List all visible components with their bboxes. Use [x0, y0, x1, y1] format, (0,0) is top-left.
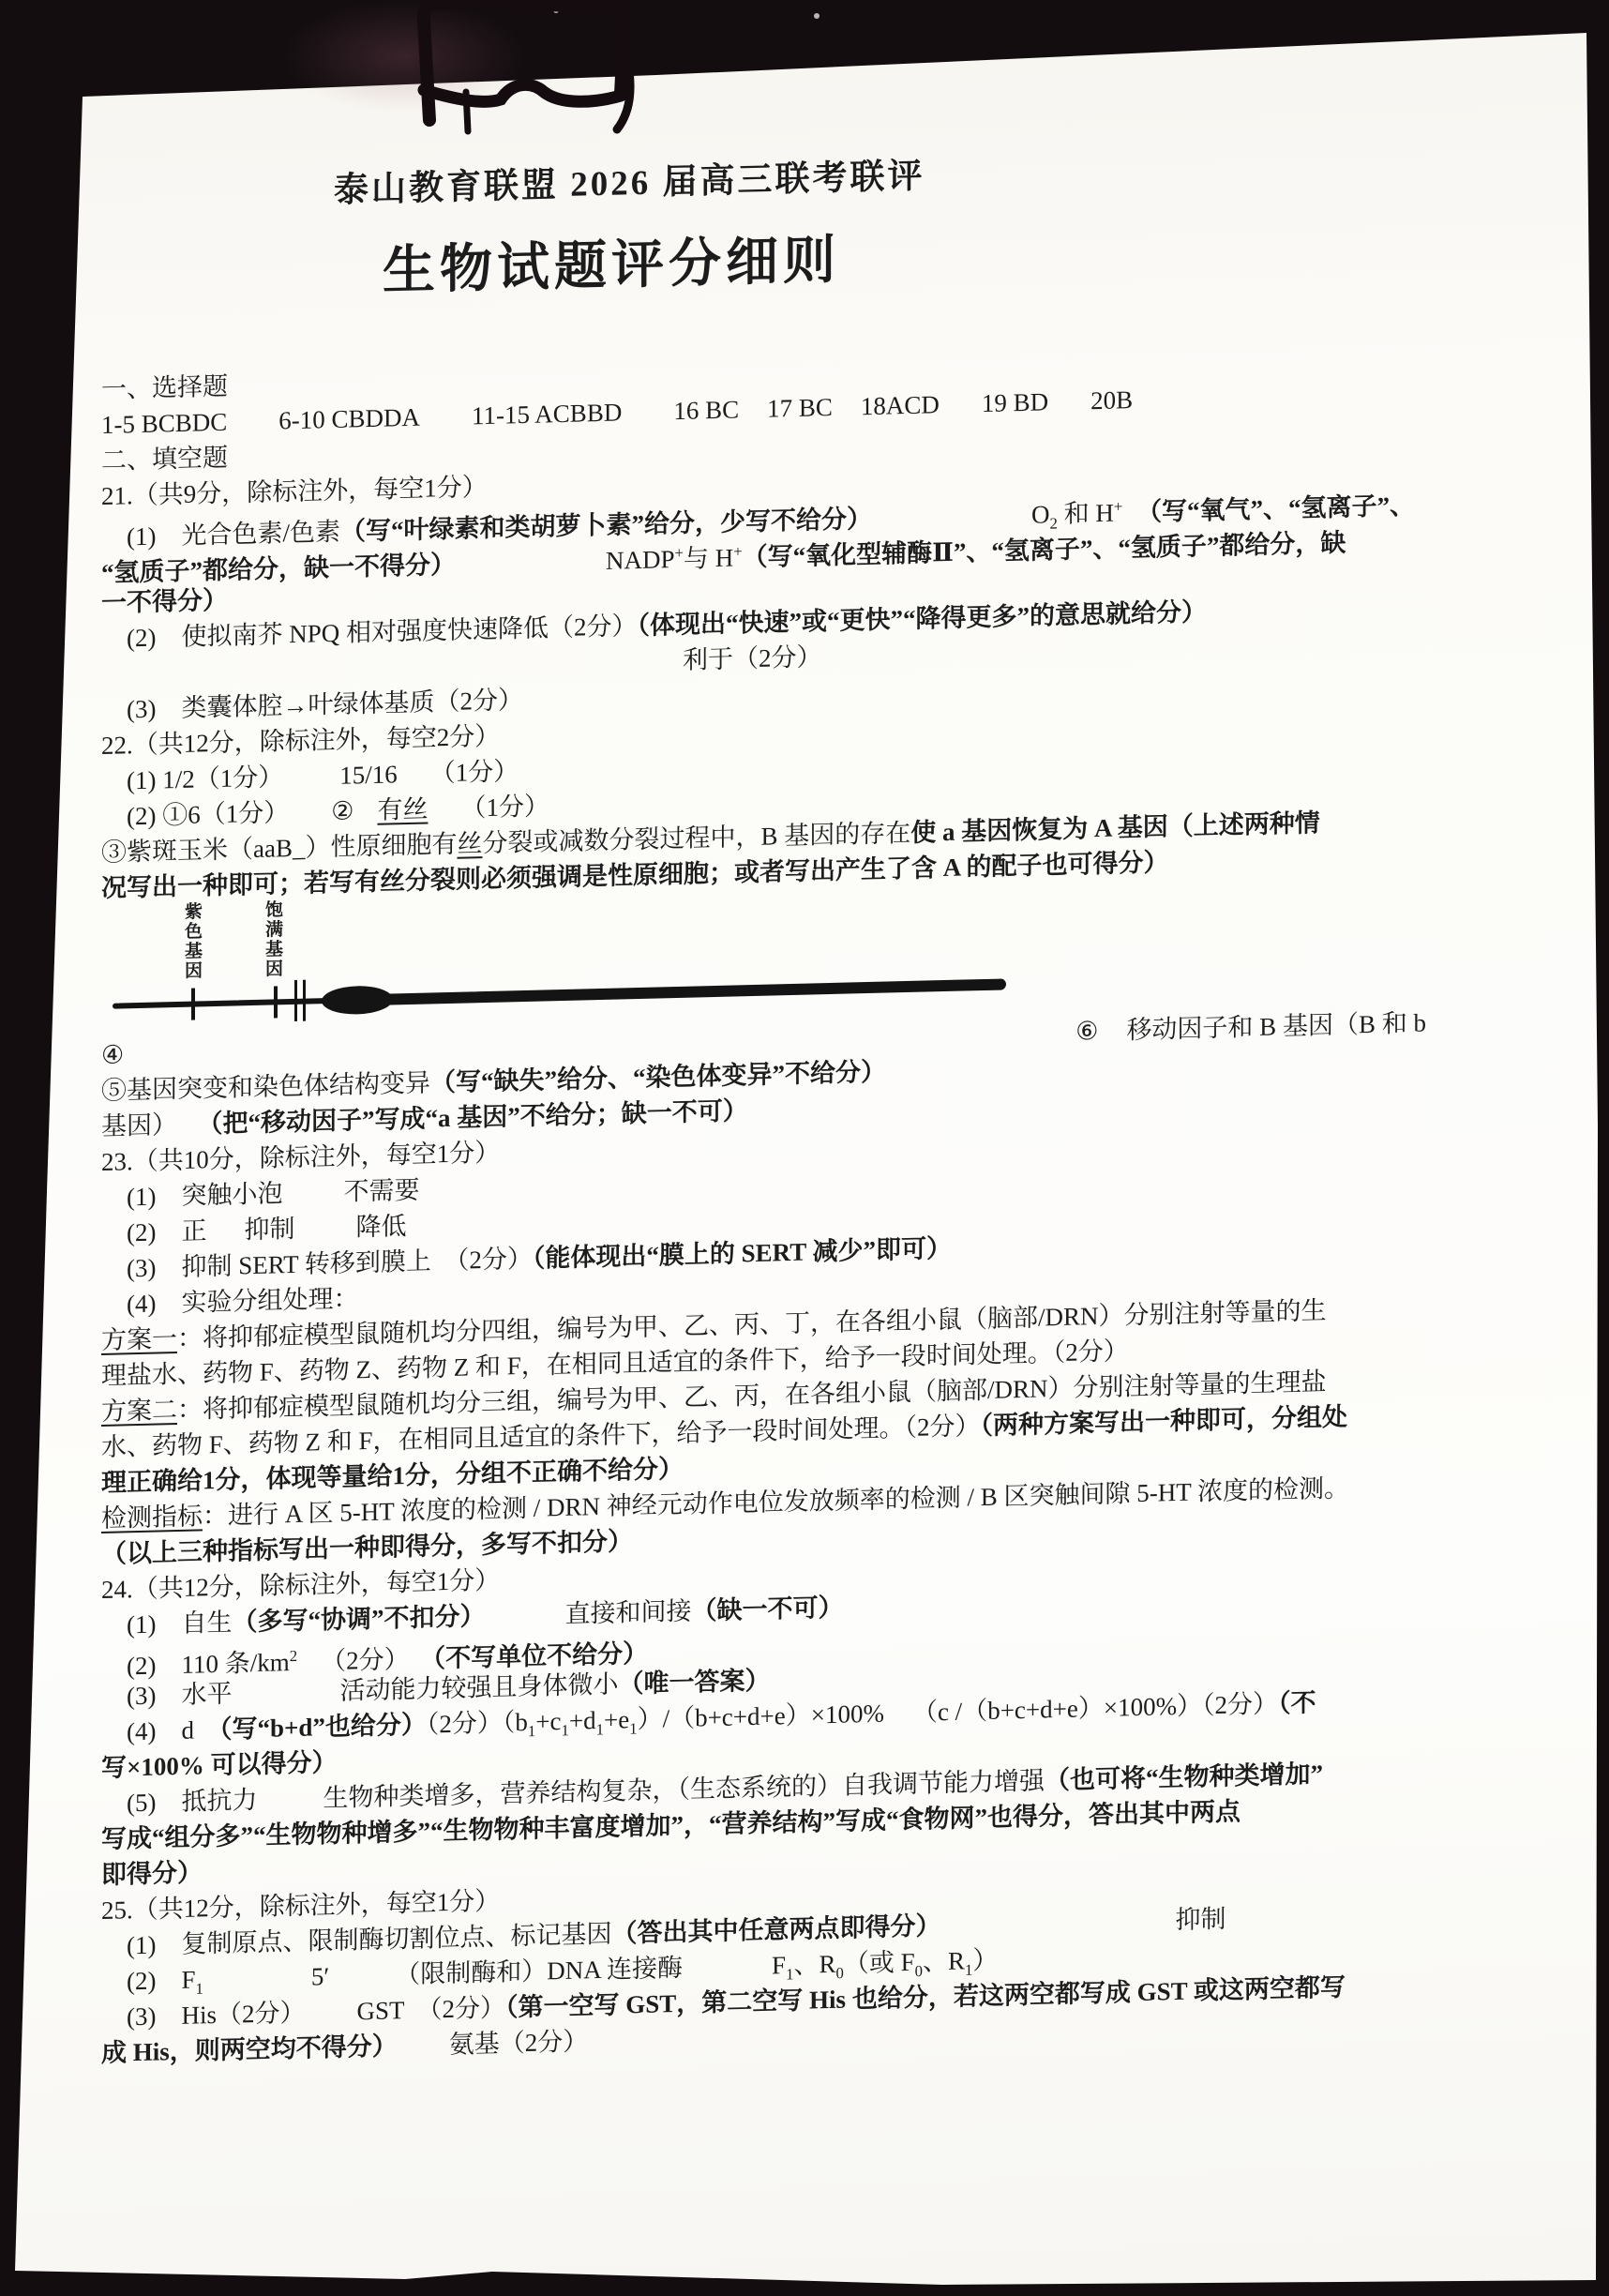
answer-text: 基因）	[101, 1110, 177, 1140]
answer-text: (3) 抑制 SERT 转移到膜上 （2分）	[101, 1245, 533, 1283]
answer-text: 2	[290, 1647, 297, 1665]
answer-text: （或 F	[844, 1948, 915, 1978]
answer-text: 20B	[1090, 385, 1133, 415]
answer-text: 即得分）	[101, 1858, 203, 1889]
answer-text: 5′	[311, 1962, 329, 1990]
answer-text: 成 His，则两空均不得分）	[101, 2032, 398, 2067]
answer-text: 丝	[457, 829, 482, 858]
answer-text: 降低	[355, 1212, 406, 1241]
purple-gene-label: 紫色基因	[182, 901, 201, 980]
answer-text: （两种方案写出一种即可，分组处	[981, 1403, 1348, 1441]
answer-text: （唯一答案）	[618, 1667, 770, 1699]
answer-text: 一不得分）	[101, 586, 228, 617]
document-title: 泰山教育联盟 2026 届高三联考联评	[334, 131, 1541, 211]
answer-text: O	[1031, 500, 1050, 528]
answer-text: 利于（2分）	[683, 642, 822, 674]
answer-text: 移动因子和 B 基因（B 和 b	[1126, 1008, 1426, 1044]
document-lines: 一、选择题1-5 BCBDC6-10 CBDDA11-15 ACBBD16 BC…	[101, 336, 1541, 2071]
answer-text: ）/（b+c+d+e）×100%	[638, 1699, 884, 1733]
answer-text: 直接和间接	[564, 1597, 691, 1628]
answer-text: ④	[101, 1040, 124, 1069]
answer-text: ⑥	[1075, 1017, 1098, 1046]
answer-text: 与 H	[684, 544, 733, 573]
answer-text: (3) 水平	[101, 1680, 232, 1711]
answer-text: 、R	[793, 1950, 835, 1979]
answer-text: GST （2分）	[357, 1993, 506, 2025]
answer-text: 方案一	[101, 1324, 177, 1354]
answer-text: 16 BC	[673, 395, 739, 425]
answer-text: 不需要	[343, 1176, 419, 1206]
answer-text: （写“b+d”也给分）	[219, 1711, 427, 1744]
answer-text: 方案二	[101, 1396, 177, 1426]
answer-text: (3) His（2分）	[101, 1999, 306, 2032]
answer-text: （c /（b+c+d+e）×100%）（2分）	[912, 1689, 1278, 1727]
answer-text: (2) ①6（1分）	[101, 798, 289, 831]
break-tick	[294, 980, 297, 1021]
answer-text: 检测指标	[101, 1502, 203, 1533]
answer-text: (4) d	[101, 1715, 219, 1746]
answer-text: （缺一不可）	[691, 1594, 843, 1625]
answer-text: (4) 实验分组处理：	[101, 1284, 358, 1319]
answer-text: 有丝	[377, 794, 428, 823]
gene-locus-tick	[191, 989, 195, 1020]
answer-text: 23.（共10分，除标注外，每空1分）	[101, 1139, 500, 1176]
answer-text: 1	[629, 1719, 637, 1737]
document-content: 泰山教育联盟 2026 届高三联考联评 生物试题评分细则 一、选择题1-5 BC…	[101, 105, 1541, 2071]
answer-text: F	[772, 1951, 786, 1979]
answer-text: (1) 突触小泡	[101, 1179, 282, 1212]
answer-text: 1	[196, 1980, 203, 1998]
answer-text: 0	[835, 1964, 843, 1982]
answer-text: (1) 自生	[101, 1609, 232, 1639]
answer-text: 抑制	[244, 1215, 294, 1244]
answer-text: （1分）	[460, 792, 549, 822]
answer-text: （也可将“生物种类增加”	[1045, 1760, 1323, 1794]
chromosome-line	[336, 978, 1006, 1005]
answer-text: +c	[535, 1707, 561, 1736]
answer-text: （上述两种情	[1168, 808, 1320, 840]
answer-text: +d	[569, 1706, 596, 1735]
answer-text: 二、填空题	[101, 444, 228, 475]
answer-text: (1) 1/2（1分）	[101, 763, 283, 795]
answer-text: （不	[1278, 1688, 1316, 1717]
answer-text: 氨基（2分）	[449, 2027, 589, 2059]
answer-text: 1	[596, 1720, 604, 1738]
answer-text: (2) F	[101, 1966, 196, 1996]
answer-text: 15/16	[339, 760, 398, 790]
answer-text: (5) 抵抗力	[101, 1786, 257, 1818]
answer-text: +	[675, 544, 684, 562]
answer-text: ⑤基因突变和染色体结构变异	[101, 1068, 430, 1105]
answer-text: 、R	[923, 1946, 965, 1975]
answer-text: 抑制	[1175, 1905, 1226, 1934]
answer-text: （写“缺失”给分、“染色体变异”不给分）	[430, 1058, 886, 1097]
answer-text: 19 BD	[982, 387, 1048, 417]
answer-text: 21.（共9分，除标注外，每空1分）	[101, 473, 488, 510]
answer-text: 6-10 CBDDA	[278, 403, 420, 435]
answer-text: 活动能力较强且身体微小	[339, 1670, 618, 1705]
answer-text: +	[1114, 497, 1122, 515]
answer-text: NADP	[606, 545, 675, 575]
answer-text: 11-15 ACBBD	[472, 398, 622, 430]
answer-text: 1	[562, 1721, 569, 1739]
document-subtitle: 生物试题评分细则	[383, 201, 1541, 304]
answer-text: ③紫斑玉米（aaB_）性原细胞有	[101, 830, 457, 867]
plump-gene-label: 饱满基因	[263, 899, 281, 978]
photo-frame: { "colors":{"background":"#130d10","pape…	[0, 0, 1609, 2296]
answer-text: ②	[331, 796, 353, 825]
answer-text: 一、选择题	[101, 372, 228, 403]
answer-text: (2) 正	[101, 1216, 206, 1247]
break-tick	[303, 980, 306, 1021]
answer-text: （能体现出“膜上的 SERT 减少”即可）	[533, 1234, 952, 1273]
answer-text: （多写“协调”不扣分）	[232, 1602, 485, 1637]
answer-text: 使 a 基因恢复为 A 基因	[910, 812, 1168, 847]
answer-text: 18ACD	[861, 390, 940, 420]
answer-text: ）	[972, 1946, 998, 1975]
answer-text: 1-5 BCBDC	[101, 408, 227, 439]
answer-text: 22.（共12分，除标注外，每空2分）	[101, 722, 500, 760]
gene-locus-tick	[274, 986, 278, 1018]
answer-text: 25.（共12分，除标注外，每空1分）	[101, 1887, 500, 1925]
answer-text: （答出其中任意两点即得分）	[611, 1911, 940, 1948]
answer-text: 写×100% 可以得分）	[101, 1748, 338, 1782]
answer-text: +	[733, 542, 742, 560]
answer-text: 0	[915, 1962, 923, 1980]
centromere	[322, 985, 393, 1015]
answer-text: 和 H	[1058, 499, 1114, 528]
answer-text: 17 BC	[767, 393, 833, 423]
answer-text: （限制酶和）DNA 连接酶	[395, 1954, 683, 1988]
answer-text: （2分）（b	[427, 1708, 528, 1739]
answer-text: 24.（共12分，除标注外，每空1分）	[101, 1566, 500, 1604]
answer-text: （1分）	[430, 757, 519, 787]
answer-text: +e	[604, 1705, 629, 1734]
